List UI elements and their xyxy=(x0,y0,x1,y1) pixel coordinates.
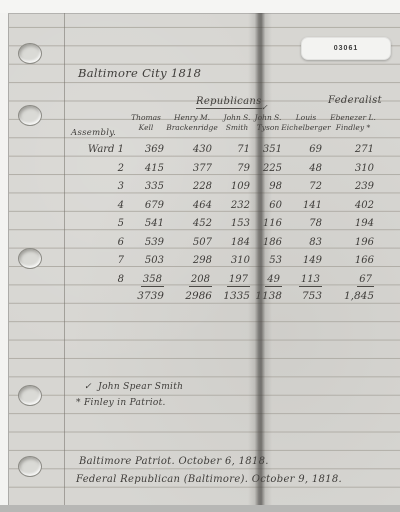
vote-count: 415 xyxy=(124,163,164,174)
vote-count: 83 xyxy=(282,237,322,248)
vote-count: 166 xyxy=(322,255,374,266)
vote-count: 141 xyxy=(282,200,322,211)
vote-count: 228 xyxy=(164,181,212,192)
vote-count: 78 xyxy=(282,218,322,229)
total-value: 753 xyxy=(282,290,322,302)
vote-count: 377 xyxy=(164,163,212,174)
vote-count: 69 xyxy=(282,144,322,155)
vote-count: 402 xyxy=(322,200,374,211)
catalog-number: 03061 xyxy=(334,45,358,52)
scan-edge-top xyxy=(0,0,400,13)
vote-count: 239 xyxy=(322,181,374,192)
ward-label: 6 xyxy=(76,237,124,248)
vote-count: 310 xyxy=(212,255,250,266)
column-header: Ebenezer L.Findley * xyxy=(330,113,376,132)
footnote: ✓ John Spear Smith xyxy=(84,382,183,392)
vote-count: 48 xyxy=(282,163,322,174)
total-value: 1335 xyxy=(212,290,250,302)
vote-count: 310 xyxy=(322,163,374,174)
vote-count: 335 xyxy=(124,181,164,192)
footnote-marker: ✓ xyxy=(84,382,92,392)
vote-count: 430 xyxy=(164,144,212,155)
vote-count: 71 xyxy=(212,144,250,155)
table-row: 750329831053149166 xyxy=(76,255,374,266)
vote-count: 153 xyxy=(212,218,250,229)
scan-edge-bottom xyxy=(0,505,400,512)
column-header: John S.Smith xyxy=(224,113,251,132)
ward-label: 2 xyxy=(76,163,124,174)
punch-hole xyxy=(18,43,42,64)
ward-label: 4 xyxy=(76,200,124,211)
vote-count: 298 xyxy=(164,255,212,266)
table-row: 83582081974911367 xyxy=(76,274,374,285)
table-row: Ward 13694307135169271 xyxy=(76,144,374,155)
punch-hole xyxy=(18,105,42,126)
vote-count: 369 xyxy=(124,144,164,155)
party-header-federalist: Federalist xyxy=(328,95,382,106)
vote-count: 113 xyxy=(282,274,322,285)
vote-count: 271 xyxy=(322,144,374,155)
margin-rule xyxy=(64,13,65,505)
vote-count: 79 xyxy=(212,163,250,174)
ward-label: 7 xyxy=(76,255,124,266)
vote-count: 539 xyxy=(124,237,164,248)
vote-count: 197 xyxy=(212,274,250,285)
vote-count: 208 xyxy=(164,274,212,285)
total-value: 2986 xyxy=(164,290,212,302)
table-row: 33352281099872239 xyxy=(76,181,374,192)
scan-page: 03061 Baltimore City 1818 Republicans Fe… xyxy=(0,0,400,512)
fold-shadow xyxy=(248,13,272,505)
row-header-assembly: Assembly. xyxy=(71,128,116,138)
ward-label: Ward 1 xyxy=(76,144,124,155)
vote-count: 452 xyxy=(164,218,212,229)
vote-count: 184 xyxy=(212,237,250,248)
vote-count: 149 xyxy=(282,255,322,266)
table-row: 24153777922548310 xyxy=(76,163,374,174)
column-header: ThomasKell xyxy=(131,113,161,132)
footnote-text: John Spear Smith xyxy=(98,382,183,392)
vote-count: 72 xyxy=(282,181,322,192)
vote-count: 679 xyxy=(124,200,164,211)
footnote-marker: * xyxy=(76,398,81,408)
citation: Federal Republican (Baltimore). October … xyxy=(76,474,342,485)
vote-count: 196 xyxy=(322,237,374,248)
punch-hole xyxy=(18,385,42,406)
totals-row: 37392986133511387531,845 xyxy=(76,290,374,302)
ward-label: 8 xyxy=(76,274,124,285)
table-row: 467946423260141402 xyxy=(76,200,374,211)
vote-count: 358 xyxy=(124,274,164,285)
vote-count: 194 xyxy=(322,218,374,229)
vote-count: 541 xyxy=(124,218,164,229)
vote-count: 232 xyxy=(212,200,250,211)
footnote: * Finley in Patriot. xyxy=(76,398,166,408)
ward-label: 5 xyxy=(76,218,124,229)
vote-count: 109 xyxy=(212,181,250,192)
catalog-sticker: 03061 xyxy=(301,37,391,60)
total-value: 3739 xyxy=(124,290,164,302)
ward-label: 3 xyxy=(76,181,124,192)
vote-count: 464 xyxy=(164,200,212,211)
punch-hole xyxy=(18,248,42,269)
vote-count: 503 xyxy=(124,255,164,266)
total-value: 1,845 xyxy=(322,290,374,302)
column-header: LouisEichelberger xyxy=(281,113,330,132)
table-row: 554145215311678194 xyxy=(76,218,374,229)
citation: Baltimore Patriot. October 6, 1818. xyxy=(79,456,269,467)
footnote-text: Finley in Patriot. xyxy=(84,398,166,408)
punch-hole xyxy=(18,456,42,477)
page-title: Baltimore City 1818 xyxy=(78,66,201,80)
column-header: Henry M.Brackenridge xyxy=(166,113,218,132)
vote-count: 67 xyxy=(322,274,374,285)
vote-count: 507 xyxy=(164,237,212,248)
table-row: 653950718418683196 xyxy=(76,237,374,248)
